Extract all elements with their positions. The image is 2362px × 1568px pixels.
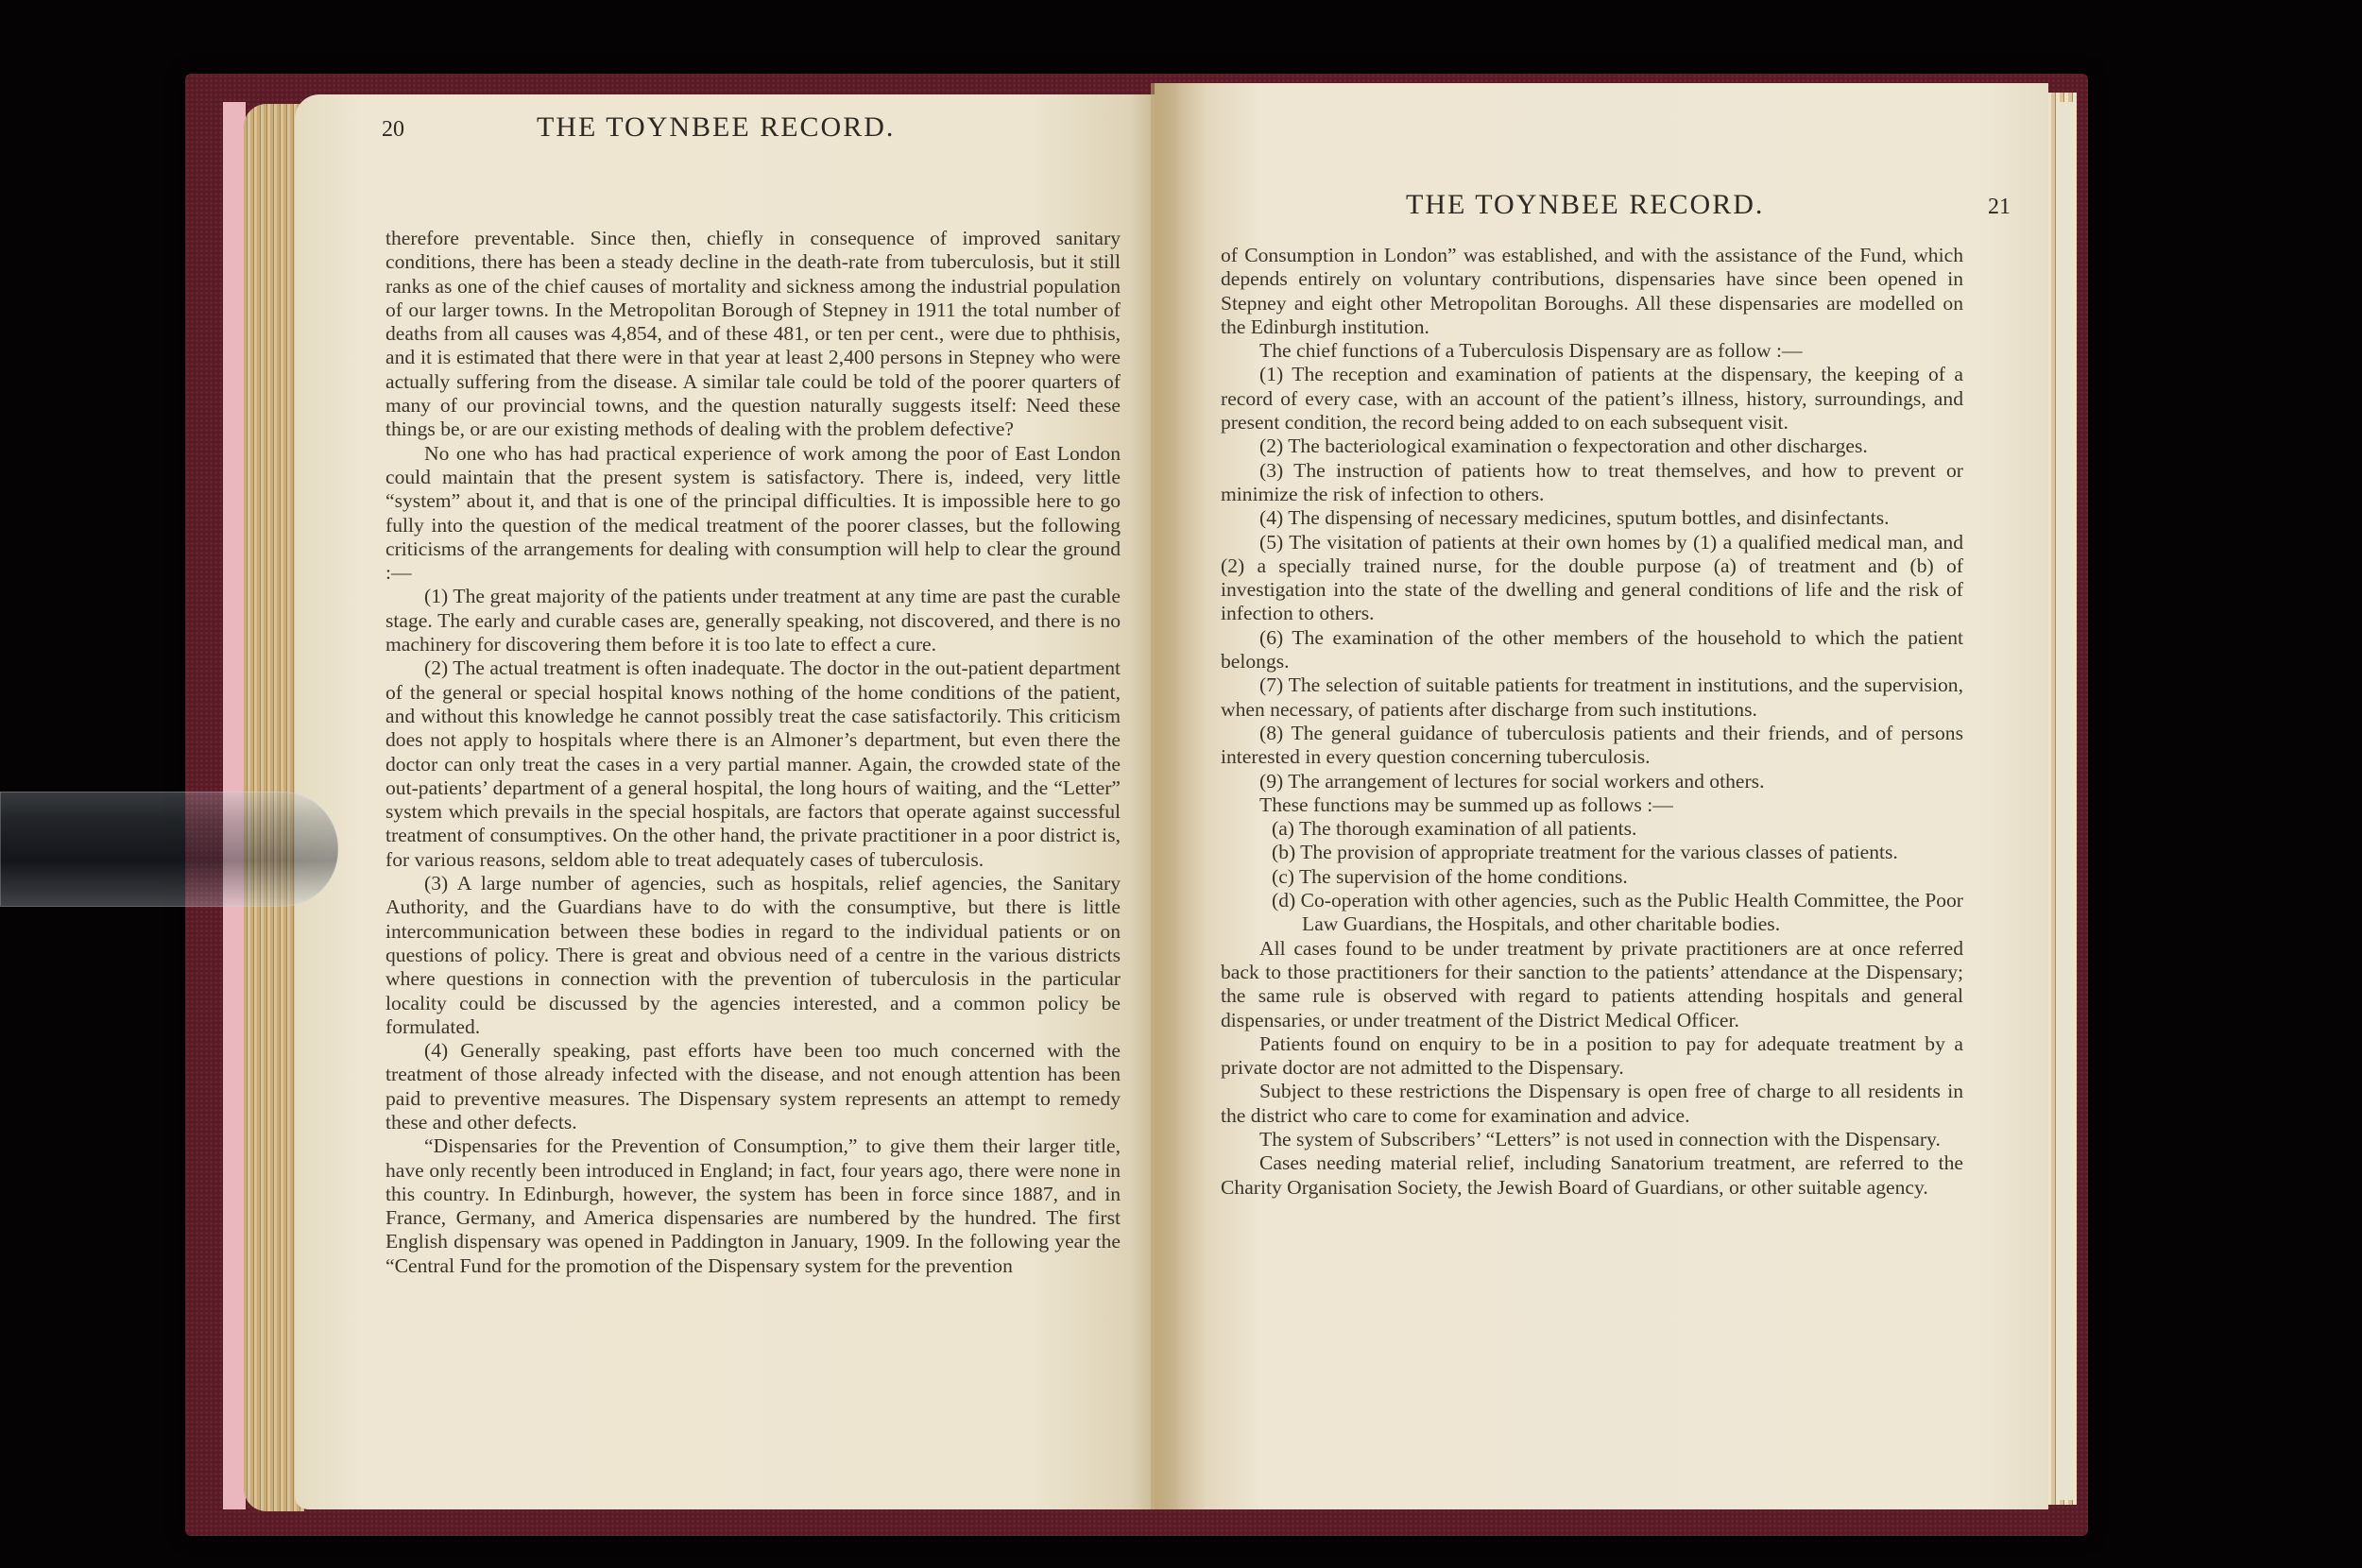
summary-list-item: (a) The thorough examination of all pati…	[1221, 817, 1963, 841]
page-number: 21	[1988, 195, 2011, 220]
summary-list-item: (d) Co-operation with other agencies, su…	[1221, 889, 1963, 937]
paragraph: (7) The selection of suitable patients f…	[1221, 673, 1963, 722]
right-page: THE TOYNBEE RECORD. 21 of Consumption in…	[1155, 83, 2048, 1509]
left-page: 20 THE TOYNBEE RECORD. therefore prevent…	[295, 94, 1156, 1509]
paragraph: of Consumption in London” was establishe…	[1221, 244, 1963, 339]
right-body-text: of Consumption in London” was establishe…	[1221, 244, 1963, 1200]
paragraph: (9) The arrangement of lectures for soci…	[1221, 770, 1963, 793]
paragraph: (3) The instruction of patients how to t…	[1221, 459, 1963, 507]
summary-list: (a) The thorough examination of all pati…	[1221, 817, 1963, 936]
paragraph: The chief functions of a Tuberculosis Di…	[1221, 339, 1963, 363]
paragraph: The system of Subscribers’ “Letters” is …	[1221, 1128, 1963, 1151]
paragraph: (8) The general guidance of tuberculosis…	[1221, 722, 1963, 770]
glass-page-weight-rod	[0, 792, 338, 907]
page-number: 20	[382, 117, 404, 143]
summary-list-item: (c) The supervision of the home conditio…	[1221, 865, 1963, 889]
paragraph: (2) The actual treatment is often inadeq…	[385, 656, 1121, 872]
paragraph: All cases found to be under treatment by…	[1221, 937, 1963, 1032]
paragraph: “Dispensaries for the Prevention of Cons…	[385, 1134, 1121, 1278]
summary-list-item: (b) The provision of appropriate treatme…	[1221, 841, 1963, 864]
paragraph: (1) The great majority of the patients u…	[385, 585, 1121, 656]
left-body-text: therefore preventable. Since then, chief…	[385, 227, 1121, 1278]
paragraph: (6) The examination of the other members…	[1221, 626, 1963, 674]
paragraph: Subject to these restrictions the Dispen…	[1221, 1080, 1963, 1128]
running-head-title: THE TOYNBEE RECORD.	[1406, 189, 1764, 221]
paragraph: These functions may be summed up as foll…	[1221, 793, 1963, 817]
paragraph: No one who has had practical experience …	[385, 442, 1121, 586]
paragraph: (3) A large number of agencies, such as …	[385, 872, 1121, 1039]
left-running-head: 20 THE TOYNBEE RECORD.	[382, 111, 1119, 144]
book-gutter	[1151, 83, 1207, 1509]
paragraph: (5) The visitation of patients at their …	[1221, 531, 1963, 626]
running-head-title: THE TOYNBEE RECORD.	[537, 111, 895, 144]
paragraph: Cases needing material relief, including…	[1221, 1151, 1963, 1200]
paragraph: therefore preventable. Since then, chief…	[385, 227, 1121, 442]
right-flyleaf-edge	[2058, 102, 2073, 1500]
paragraph: (4) Generally speaking, past efforts hav…	[385, 1039, 1121, 1134]
right-running-head: THE TOYNBEE RECORD. 21	[1406, 189, 2011, 221]
paragraph: (2) The bacteriological examination o fe…	[1221, 435, 1963, 458]
paragraph: (4) The dispensing of necessary medicine…	[1221, 506, 1963, 530]
paragraph: (1) The reception and examination of pat…	[1221, 363, 1963, 435]
paragraph: Patients found on enquiry to be in a pos…	[1221, 1032, 1963, 1081]
